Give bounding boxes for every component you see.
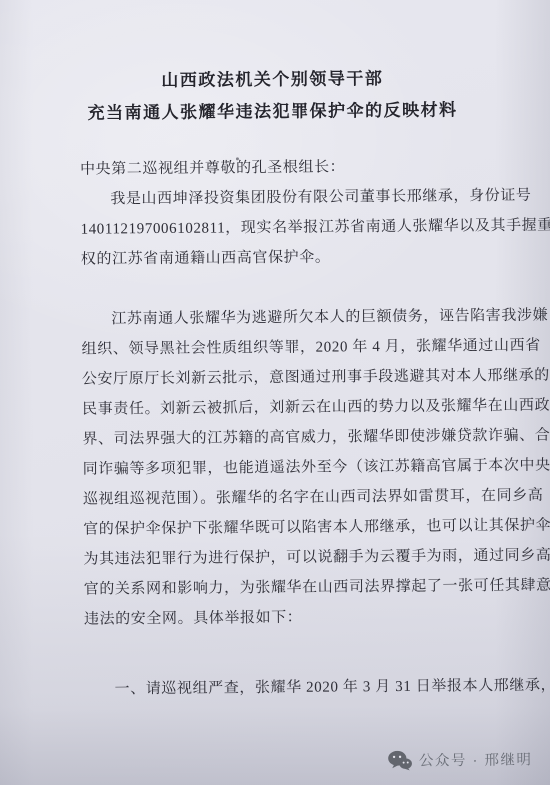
document-content: 山西政法机关个别领导干部 充当南通人张耀华违法犯罪保护伞的反映材料 中央第二巡视…: [0, 0, 550, 785]
doc-line: 巡视组巡视范围）。张耀华的名字在山西司法界如雷贯耳，在同乡高: [83, 481, 493, 515]
doc-line: 我是山西坤泽投资集团股份有限公司董事长邢继承，身份证号: [80, 181, 490, 215]
doc-line: 界、司法界强大的江苏籍的高官威力，张耀华即使涉嫌贷款诈骗、合: [82, 421, 492, 455]
doc-line: 违法的安全网。具体举报如下：: [84, 601, 494, 635]
doc-line: 140112197006102811，现实名举报江苏省南通人张耀华以及其手握重: [80, 211, 490, 245]
doc-line: 公安厅原厅长刘新云批示，意图通过刑事手段逃避其对本人邢继承的: [82, 361, 492, 395]
doc-salutation: 中央第二巡视组并尊敬的孔圣根组长：: [80, 151, 490, 185]
doc-title: 山西政法机关个别领导干部 充当南通人张耀华违法犯罪保护伞的反映材料: [0, 0, 548, 130]
doc-line: 官的关系网和影响力，为张耀华在山西司法界撑起了一张可任其肆意: [84, 571, 494, 605]
doc-line: 同诈骗等多项犯罪，也能逍遥法外至今（该江苏籍高官属于本次中央: [83, 451, 493, 485]
doc-body: 中央第二巡视组并尊敬的孔圣根组长： 我是山西坤泽投资集团股份有限公司董事长邢继承…: [80, 151, 495, 705]
paper-speck: [236, 157, 239, 160]
doc-line: 江苏南通人张耀华为逃避所欠本人的巨额债务，诬告陷害我涉嫌: [81, 301, 491, 335]
doc-line: 一、请巡视组严查，张耀华 2020 年 3 月 31 日举报本人邢继承，: [84, 671, 494, 705]
doc-line: 官的保护伞保护下张耀华既可以陷害本人邢继承，也可以让其保护伞: [83, 511, 493, 545]
wechat-icon: [388, 750, 412, 770]
watermark: 公众号 · 邢继明: [388, 748, 533, 771]
doc-line: 为其违法犯罪行为进行保护，可以说翻手为云覆手为雨，通过同乡高: [83, 541, 493, 575]
doc-title-line-2: 充当南通人张耀华违法犯罪保护伞的反映材料: [0, 94, 548, 131]
watermark-text: 公众号 · 邢继明: [419, 748, 533, 770]
document-photo: 山西政法机关个别领导干部 充当南通人张耀华违法犯罪保护伞的反映材料 中央第二巡视…: [0, 0, 550, 785]
doc-line: 权的江苏省南通籍山西高官保护伞。: [81, 241, 491, 275]
doc-line: 民事责任。刘新云被抓后，刘新云在山西的势力以及张耀华在山西政: [82, 391, 492, 425]
doc-line: 组织、领导黑社会性质组织等罪，2020 年 4 月，张耀华通过山西省: [81, 331, 491, 365]
doc-title-line-1: 山西政法机关个别领导干部: [0, 62, 547, 99]
